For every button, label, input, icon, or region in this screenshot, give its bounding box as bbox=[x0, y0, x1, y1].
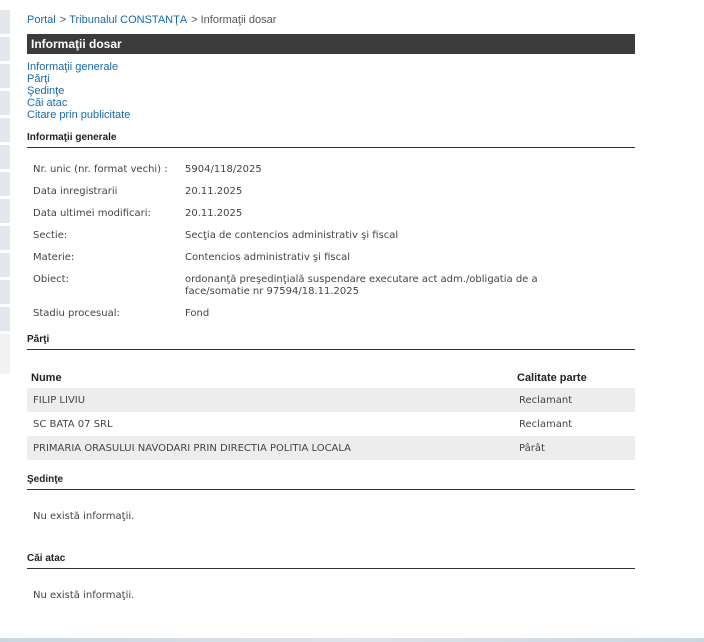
section-heading-general: Informaţii generale bbox=[27, 132, 635, 148]
info-label: Data inregistrarii bbox=[27, 186, 185, 198]
side-menu-item[interactable] bbox=[0, 118, 10, 142]
info-label: Data ultimei modificari: bbox=[27, 208, 185, 220]
breadcrumb: Portal>Tribunalul CONSTANŢA>Informaţii d… bbox=[27, 13, 635, 27]
table-header-row: Nume Calitate parte bbox=[27, 368, 635, 388]
info-row-obiect: Obiect: ordonanţă preşedinţială suspenda… bbox=[27, 274, 635, 298]
section-heading-parti: Părţi bbox=[27, 334, 635, 350]
breadcrumb-current: Informaţii dosar bbox=[201, 14, 277, 26]
column-header-nume: Nume bbox=[27, 368, 513, 388]
party-name: PRIMARIA ORASULUI NAVODARI PRIN DIRECTIA… bbox=[27, 436, 513, 460]
info-value: ordonanţă preşedinţială suspendare execu… bbox=[185, 274, 635, 298]
side-menu-item bbox=[0, 334, 10, 374]
page-title: Informaţii dosar bbox=[27, 34, 635, 54]
main-content: Portal>Tribunalul CONSTANŢA>Informaţii d… bbox=[27, 0, 635, 602]
column-header-calitate: Calitate parte bbox=[513, 368, 635, 388]
side-menu-item[interactable] bbox=[0, 199, 10, 223]
info-value: Secţia de contencios administrativ şi fi… bbox=[185, 230, 635, 242]
info-row-stadiu: Stadiu procesual: Fond bbox=[27, 308, 635, 320]
side-menu-item[interactable] bbox=[0, 10, 10, 34]
table-row: SC BATA 07 SRL Reclamant bbox=[27, 412, 635, 436]
table-row: FILIP LIVIU Reclamant bbox=[27, 388, 635, 412]
section-heading-sedinte: Şedinţe bbox=[27, 474, 635, 490]
breadcrumb-tribunal-link[interactable]: Tribunalul CONSTANŢA bbox=[69, 14, 187, 26]
anchor-informatii-generale[interactable]: Informaţii generale bbox=[27, 61, 635, 73]
side-menu-item[interactable] bbox=[0, 64, 10, 88]
info-row-data-inregistrarii: Data inregistrarii 20.11.2025 bbox=[27, 186, 635, 198]
window-bottom-edge bbox=[0, 638, 704, 642]
info-row-nr-unic: Nr. unic (nr. format vechi) : 5904/118/2… bbox=[27, 164, 635, 176]
info-row-data-modificari: Data ultimei modificari: 20.11.2025 bbox=[27, 208, 635, 220]
side-menu-item[interactable] bbox=[0, 280, 10, 304]
side-menu-item[interactable] bbox=[0, 307, 10, 331]
info-label: Obiect: bbox=[27, 274, 185, 298]
section-heading-cai-atac: Căi atac bbox=[27, 553, 635, 569]
info-value: 20.11.2025 bbox=[185, 186, 635, 198]
side-menu-item[interactable] bbox=[0, 226, 10, 250]
parti-table: Nume Calitate parte FILIP LIVIU Reclaman… bbox=[27, 368, 635, 460]
info-label: Sectie: bbox=[27, 230, 185, 242]
info-value: 5904/118/2025 bbox=[185, 164, 635, 176]
breadcrumb-portal-link[interactable]: Portal bbox=[27, 14, 56, 26]
breadcrumb-separator: > bbox=[60, 14, 66, 26]
side-menu-item[interactable] bbox=[0, 253, 10, 277]
info-label: Materie: bbox=[27, 252, 185, 264]
side-menu-item[interactable] bbox=[0, 145, 10, 169]
side-menu-item[interactable] bbox=[0, 37, 10, 61]
sedinte-empty-message: Nu există informaţii. bbox=[27, 511, 635, 523]
info-row-sectie: Sectie: Secţia de contencios administrat… bbox=[27, 230, 635, 242]
side-menu-strip bbox=[0, 0, 10, 380]
party-role: Reclamant bbox=[513, 388, 635, 412]
info-value: Fond bbox=[185, 308, 635, 320]
section-anchor-links: Informaţii generale Părţi Şedinţe Căi at… bbox=[27, 61, 635, 121]
cai-atac-empty-message: Nu există informaţii. bbox=[27, 590, 635, 602]
info-label: Nr. unic (nr. format vechi) : bbox=[27, 164, 185, 176]
info-row-materie: Materie: Contencios administrativ şi fis… bbox=[27, 252, 635, 264]
party-name: FILIP LIVIU bbox=[27, 388, 513, 412]
side-menu-item[interactable] bbox=[0, 91, 10, 115]
anchor-cai-atac[interactable]: Căi atac bbox=[27, 97, 635, 109]
anchor-citare-publicitate[interactable]: Citare prin publicitate bbox=[27, 109, 635, 121]
info-value: 20.11.2025 bbox=[185, 208, 635, 220]
general-info-list: Nr. unic (nr. format vechi) : 5904/118/2… bbox=[27, 164, 635, 320]
table-row: PRIMARIA ORASULUI NAVODARI PRIN DIRECTIA… bbox=[27, 436, 635, 460]
party-role: Pârât bbox=[513, 436, 635, 460]
breadcrumb-separator: > bbox=[191, 14, 197, 26]
anchor-parti[interactable]: Părţi bbox=[27, 73, 635, 85]
info-value: Contencios administrativ şi fiscal bbox=[185, 252, 635, 264]
party-name: SC BATA 07 SRL bbox=[27, 412, 513, 436]
party-role: Reclamant bbox=[513, 412, 635, 436]
side-menu-item[interactable] bbox=[0, 172, 10, 196]
info-label: Stadiu procesual: bbox=[27, 308, 185, 320]
anchor-sedinte[interactable]: Şedinţe bbox=[27, 85, 635, 97]
